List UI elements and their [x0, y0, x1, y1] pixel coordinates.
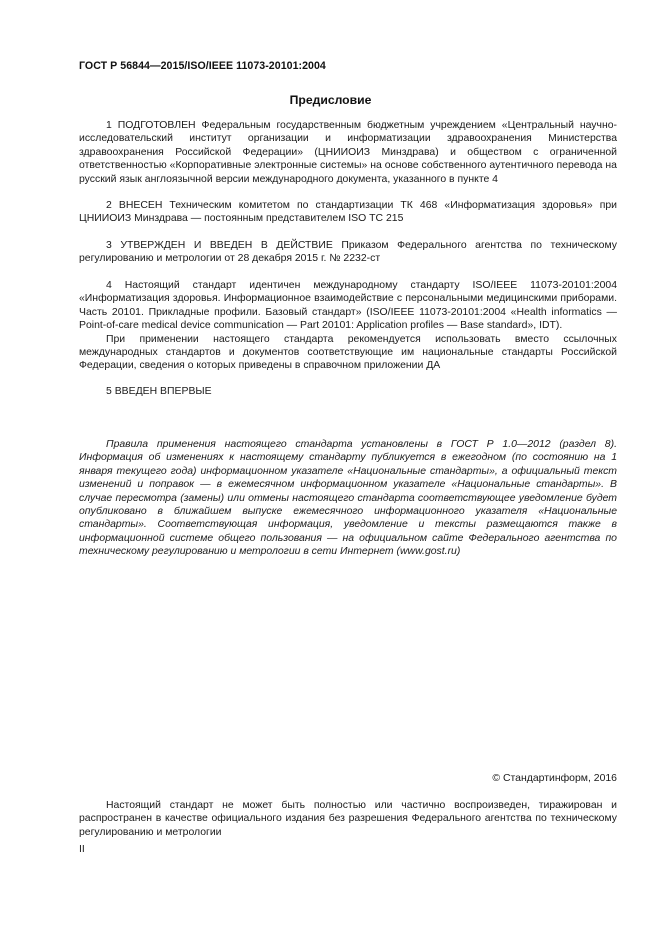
item-4-subtext: При применении настоящего стандарта реко…: [79, 333, 617, 373]
item-5-text: 5 ВВЕДЕН ВПЕРВЫЕ: [79, 385, 617, 398]
item-1-text: 1 ПОДГОТОВЛЕН Федеральным государственны…: [79, 119, 617, 186]
item-2: 2 ВНЕСЕН Техническим комитетом по станда…: [79, 199, 617, 226]
page-number: II: [79, 843, 85, 856]
application-notice: Правила применения настоящего стандарта …: [79, 438, 617, 559]
item-2-text: 2 ВНЕСЕН Техническим комитетом по станда…: [79, 199, 617, 226]
reproduction-notice: Настоящий стандарт не может быть полност…: [79, 799, 617, 839]
section-title: Предисловие: [0, 93, 661, 107]
item-4-text: 4 Настоящий стандарт идентичен междунаро…: [79, 279, 617, 333]
item-1: 1 ПОДГОТОВЛЕН Федеральным государственны…: [79, 119, 617, 186]
item-4: 4 Настоящий стандарт идентичен междунаро…: [79, 279, 617, 373]
document-header: ГОСТ Р 56844—2015/ISO/IEEE 11073-20101:2…: [79, 60, 326, 72]
item-3: 3 УТВЕРЖДЕН И ВВЕДЕН В ДЕЙСТВИЕ Приказом…: [79, 239, 617, 266]
item-3-text: 3 УТВЕРЖДЕН И ВВЕДЕН В ДЕЙСТВИЕ Приказом…: [79, 239, 617, 266]
copyright: © Стандартинформ, 2016: [79, 772, 617, 785]
application-notice-text: Правила применения настоящего стандарта …: [79, 438, 617, 559]
reproduction-notice-text: Настоящий стандарт не может быть полност…: [79, 799, 617, 839]
document-page: ГОСТ Р 56844—2015/ISO/IEEE 11073-20101:2…: [0, 0, 661, 935]
item-5: 5 ВВЕДЕН ВПЕРВЫЕ: [79, 385, 617, 398]
